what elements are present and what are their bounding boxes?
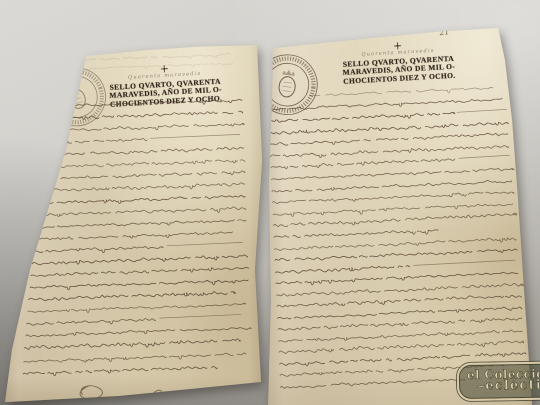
left-document-paper: Quarenta maravedis SELLO QVARTO, QVARENT… — [0, 40, 265, 405]
left-handwriting — [0, 35, 271, 405]
photo-stage: Quarenta maravedis SELLO QVARTO, QVARENT… — [0, 0, 540, 405]
watermark-line2: ~ecléctico~ — [467, 377, 540, 394]
left-document: Quarenta maravedis SELLO QVARTO, QVARENT… — [0, 40, 265, 405]
right-document: 21 — [255, 18, 540, 405]
watermark-badge: el Coleccionista ~ecléctico~ — [457, 361, 540, 401]
page-number: 21 — [439, 27, 450, 37]
right-handwriting — [247, 12, 540, 405]
swirl-ornament-icon: ~ — [476, 380, 485, 393]
right-document-paper: 21 — [255, 18, 540, 405]
